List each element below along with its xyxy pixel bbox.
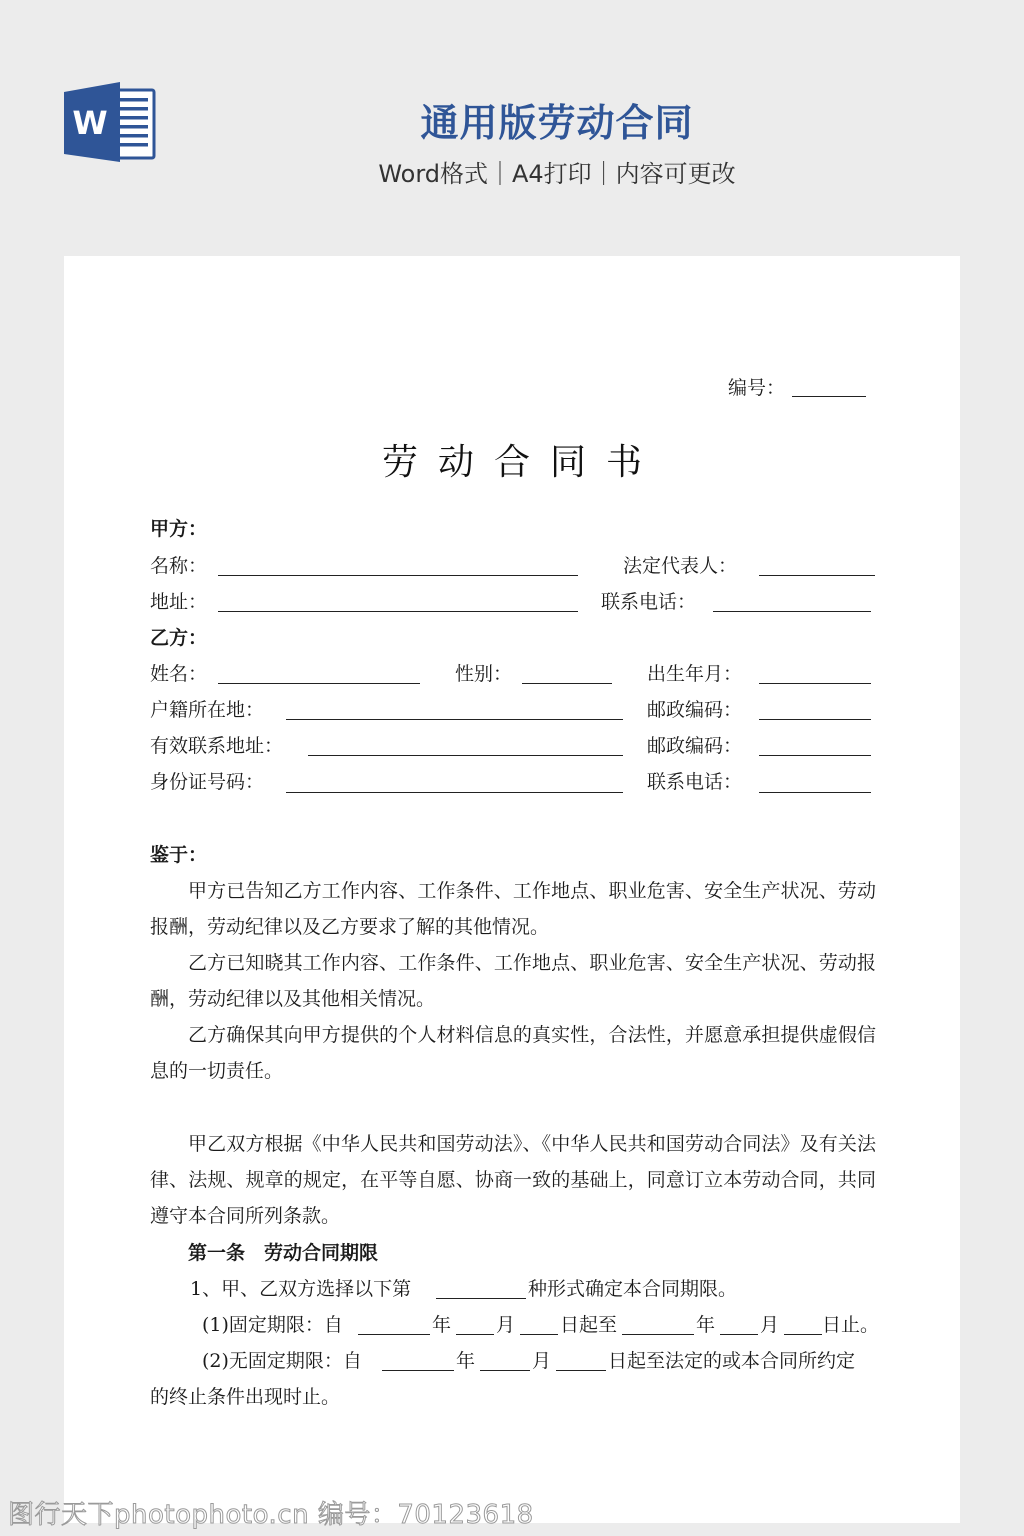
postcode-field-1[interactable]: [759, 719, 871, 720]
open-start-month-field[interactable]: [480, 1370, 530, 1371]
party-a-name-field[interactable]: [218, 575, 578, 576]
fixed-month-label: 月: [496, 1313, 515, 1337]
fixed-start-day-field[interactable]: [520, 1334, 558, 1335]
whereas-paragraph-3: 乙方确保其向甲方提供的个人材料信息的真实性，合法性，并愿意承担提供虚假信息的一切…: [150, 1017, 876, 1089]
birth-field[interactable]: [759, 683, 871, 684]
postcode-label-2: 邮政编码：: [647, 734, 742, 758]
open-term-label: (2)无固定期限：自: [202, 1349, 362, 1373]
fixed-start-year-field[interactable]: [358, 1334, 430, 1335]
party-b-heading: 乙方：: [150, 626, 207, 650]
fixed-end-label: 日止。: [822, 1313, 879, 1337]
open-rest-line1: 日起至法定的或本合同所约定: [608, 1349, 855, 1373]
contact-address-field[interactable]: [308, 755, 623, 756]
open-year-label: 年: [456, 1349, 475, 1373]
id-label: 身份证号码：: [150, 770, 264, 794]
household-field[interactable]: [286, 719, 623, 720]
party-a-address-label: 地址：: [150, 590, 207, 614]
article-1-heading: 第一条 劳动合同期限: [188, 1241, 378, 1265]
fixed-start-month-field[interactable]: [456, 1334, 494, 1335]
fixed-term-label: (1)固定期限：自: [202, 1313, 343, 1337]
contract-form-field[interactable]: [436, 1298, 526, 1299]
party-a-name-label: 名称：: [150, 554, 207, 578]
article-1-item-1-suffix: 种形式确定本合同期限。: [528, 1277, 737, 1301]
serial-label: 编号：: [728, 376, 785, 400]
postcode-label-1: 邮政编码：: [647, 698, 742, 722]
fixed-end-year-field[interactable]: [622, 1334, 694, 1335]
fixed-year-label: 年: [432, 1313, 451, 1337]
fixed-year2-label: 年: [696, 1313, 715, 1337]
open-month-label: 月: [532, 1349, 551, 1373]
legal-rep-label: 法定代表人：: [623, 554, 737, 578]
whereas-paragraph-2: 乙方已知晓其工作内容、工作条件、工作地点、职业危害、安全生产状况、劳动报酬，劳动…: [150, 945, 876, 1017]
agreement-paragraph: 甲乙双方根据《中华人民共和国劳动法》、《中华人民共和国劳动合同法》及有关法律、法…: [150, 1126, 876, 1234]
open-start-year-field[interactable]: [382, 1370, 454, 1371]
party-a-address-field[interactable]: [218, 611, 578, 612]
party-b-name-label: 姓名：: [150, 662, 207, 686]
party-a-phone-label: 联系电话：: [601, 590, 696, 614]
fixed-month2-label: 月: [760, 1313, 779, 1337]
document-title: 劳动合同书: [0, 434, 1024, 485]
fixed-end-month-field[interactable]: [720, 1334, 758, 1335]
fixed-from-label: 日起至: [560, 1313, 617, 1337]
party-a-phone-field[interactable]: [713, 611, 871, 612]
gender-field[interactable]: [522, 683, 612, 684]
open-rest-line2: 的终止条件出现时止。: [150, 1385, 340, 1409]
birth-label: 出生年月：: [647, 662, 742, 686]
party-a-heading: 甲方：: [150, 517, 207, 541]
svg-text:W: W: [72, 104, 107, 142]
fixed-end-day-field[interactable]: [784, 1334, 822, 1335]
gender-label: 性别：: [455, 662, 512, 686]
open-start-day-field[interactable]: [556, 1370, 606, 1371]
header-title: 通用版劳动合同: [300, 92, 814, 147]
header-subtitle: Word格式｜A4打印｜内容可更改: [300, 154, 814, 189]
legal-rep-field[interactable]: [759, 575, 875, 576]
article-1-item-1-prefix: 1、甲、乙双方选择以下第: [190, 1277, 411, 1301]
watermark: 图行天下photophoto.cn 编号：70123618: [8, 1494, 534, 1531]
party-b-phone-label: 联系电话：: [647, 770, 742, 794]
contact-address-label: 有效联系地址：: [150, 734, 283, 758]
id-field[interactable]: [286, 792, 623, 793]
whereas-heading: 鉴于：: [150, 843, 207, 867]
word-document-icon: W: [64, 82, 156, 162]
serial-field[interactable]: [792, 396, 866, 397]
party-b-name-field[interactable]: [218, 683, 420, 684]
whereas-paragraph-1: 甲方已告知乙方工作内容、工作条件、工作地点、职业危害、安全生产状况、劳动报酬，劳…: [150, 873, 876, 945]
party-b-phone-field[interactable]: [759, 792, 871, 793]
household-label: 户籍所在地：: [150, 698, 264, 722]
postcode-field-2[interactable]: [759, 755, 871, 756]
